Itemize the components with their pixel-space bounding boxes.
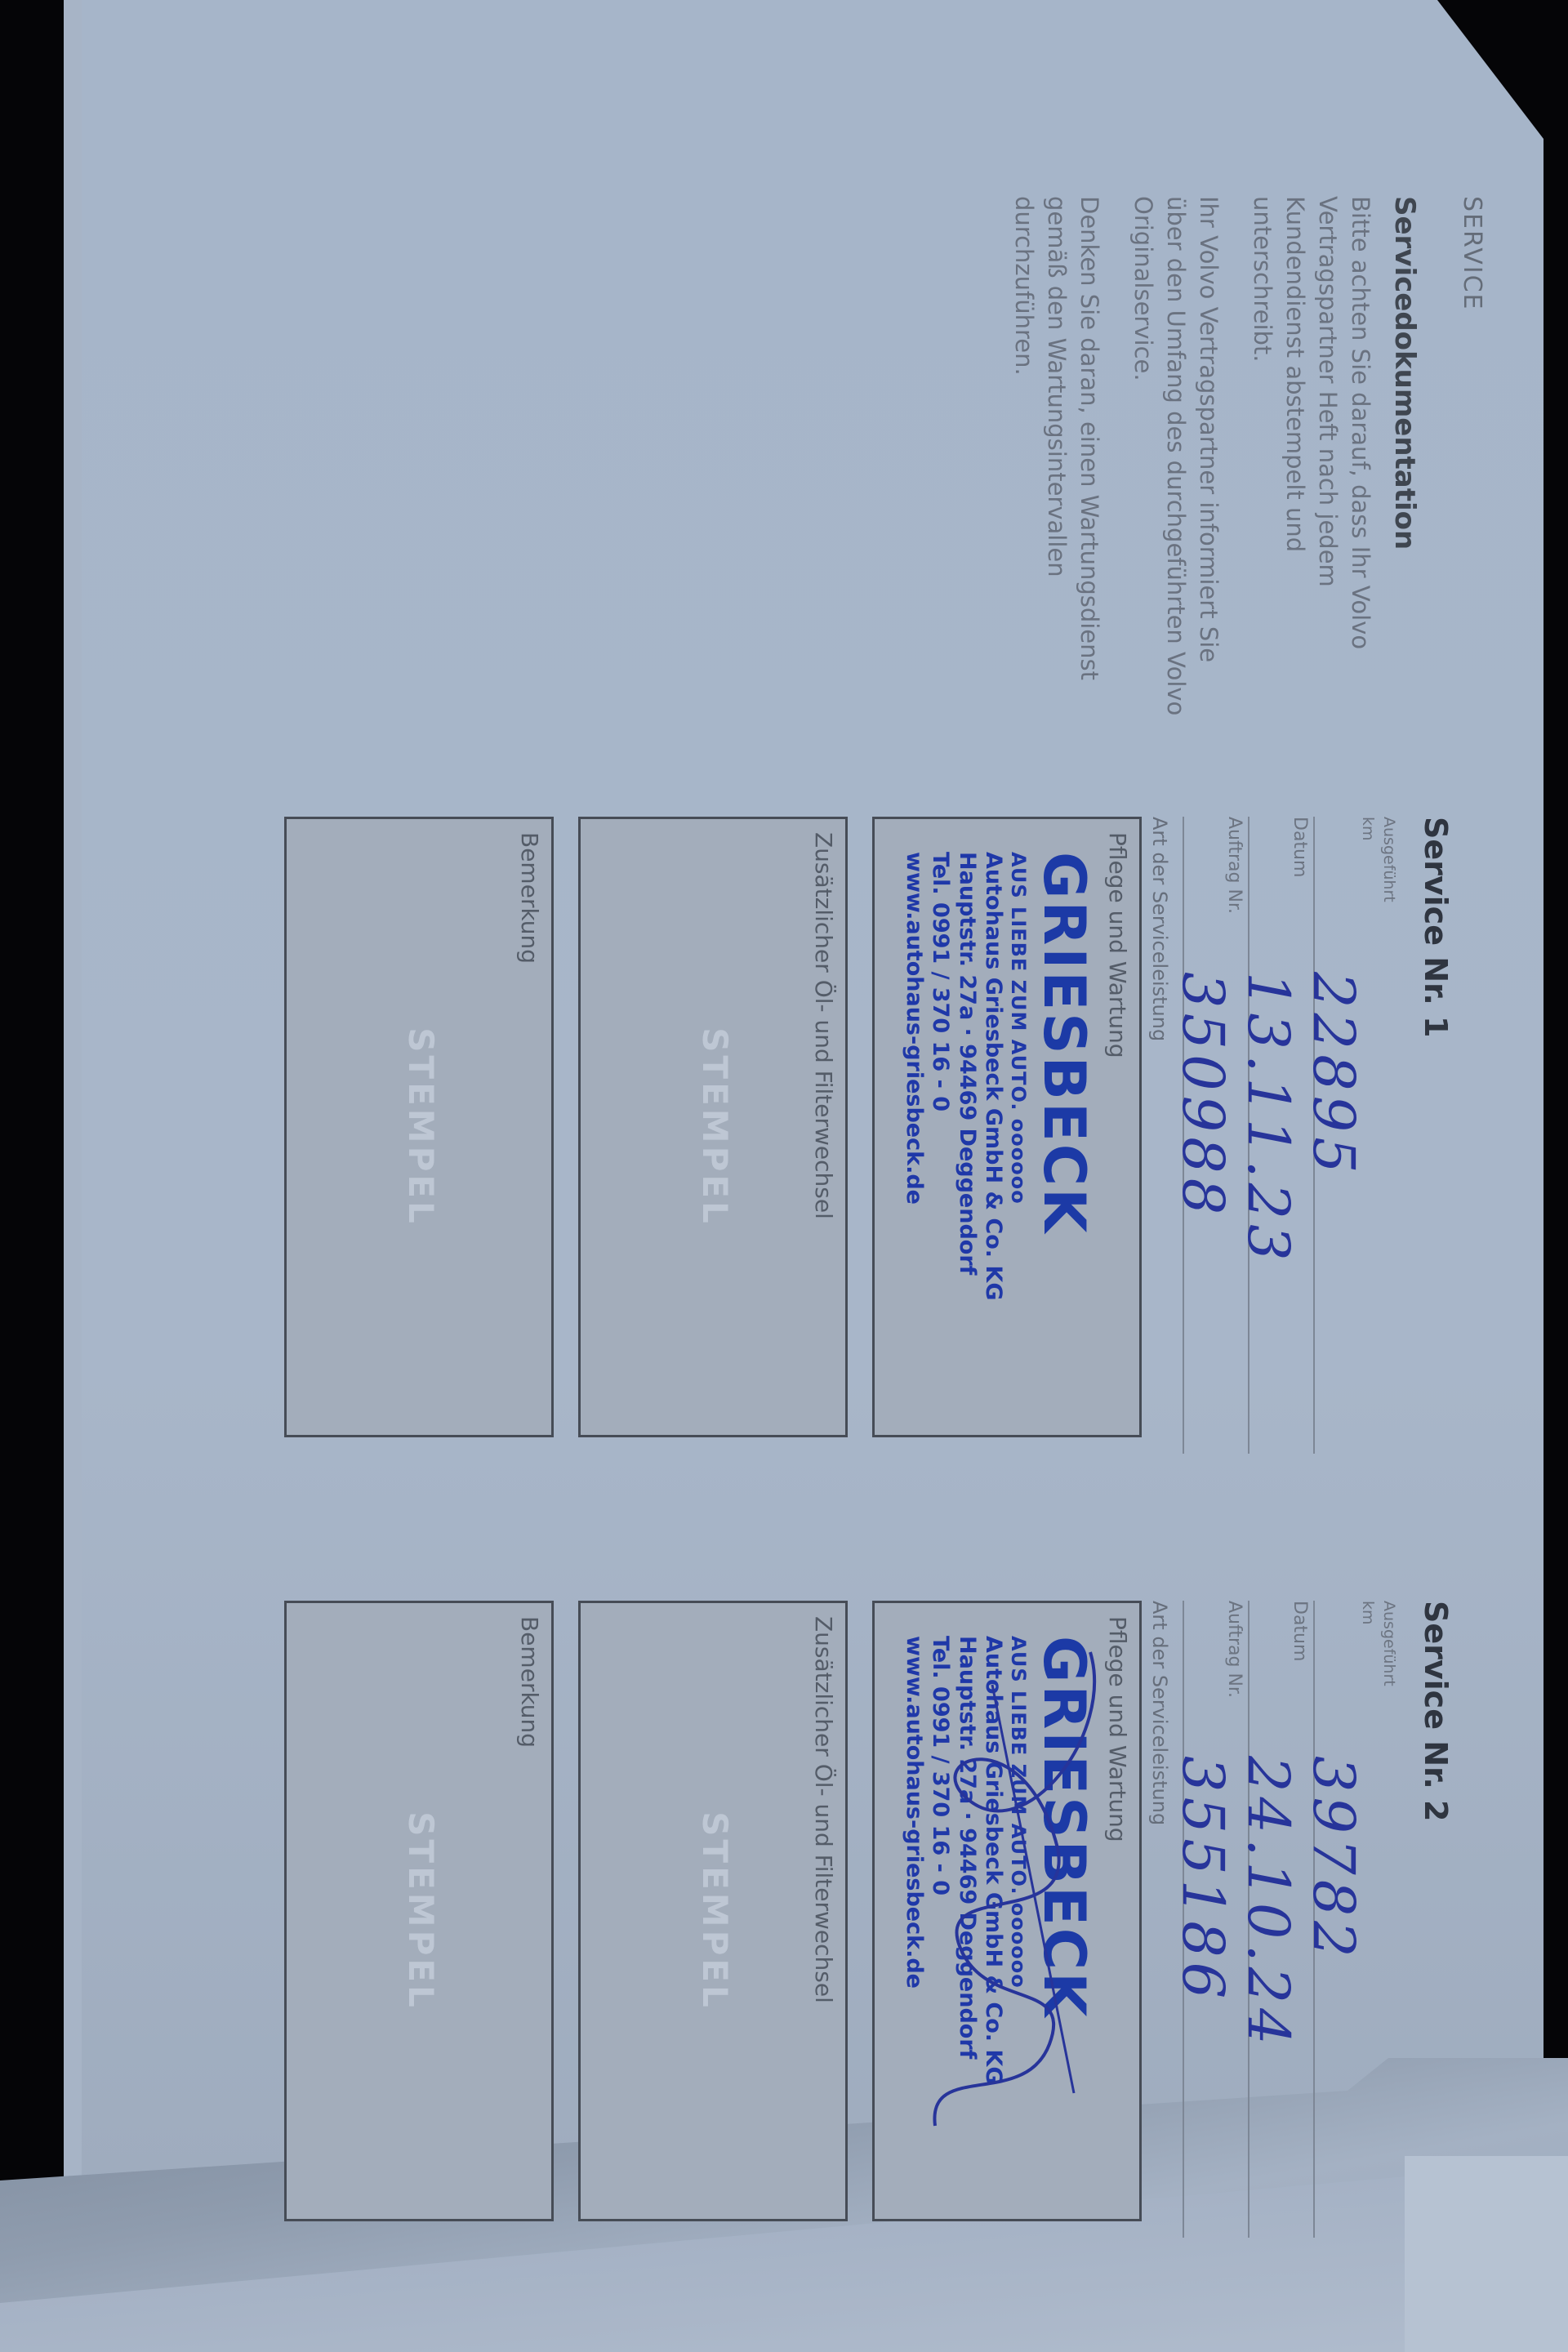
service-entry-2: Service Nr. 2 Ausgeführtkm 39782 Datum 2… [260, 1601, 1454, 2238]
intro-paragraph: Ihr Volvo Vertragspartner informiert Sie… [1127, 196, 1225, 719]
oil-filter-label: Zusätzlicher Öl- und Filterwechsel [810, 832, 837, 1219]
section-label: SERVICE [1458, 196, 1486, 310]
stamp-company: Autohaus Griesbeck GmbH & Co. KG [980, 1636, 1006, 2085]
intro-paragraph: Denken Sie daran, einen Wartungsdienst g… [1008, 196, 1106, 719]
stamp-phone: Tel. 0991 / 370 16 - 0 [927, 852, 953, 1301]
remark-label: Bemerkung [516, 1616, 543, 1748]
service-type-label: Art der Serviceleistung [1148, 1601, 1171, 2238]
care-stamp-box: Pflege und Wartung GRIESBECK AUS LIEBE Z… [872, 817, 1142, 1437]
intro-block: Servicedokumentation Bitte achten Sie da… [987, 196, 1421, 719]
stamp-tagline: AUS LIEBE ZUM AUTO. oooooo [1006, 1636, 1030, 2085]
stamp-company: Autohaus Griesbeck GmbH & Co. KG [980, 852, 1006, 1301]
service-entry-1: Service Nr. 1 Ausgeführtkm 22895 Datum 1… [260, 817, 1454, 1454]
stamp-phone: Tel. 0991 / 370 16 - 0 [927, 1636, 953, 2085]
order-label: Auftrag Nr. [1223, 817, 1245, 914]
service-title: Service Nr. 2 [1418, 1601, 1454, 2238]
stamp-website: www.autohaus-griesbeck.de [901, 852, 927, 1301]
remark-stamp-box: Bemerkung STEMPEL [284, 1601, 554, 2221]
dealer-stamp: GRIESBECK AUS LIEBE ZUM AUTO. oooooo Aut… [901, 852, 1098, 1301]
service-title: Service Nr. 1 [1418, 817, 1454, 1454]
next-page-edge [1405, 2156, 1568, 2352]
stamp-placeholder: STEMPEL [695, 1603, 735, 2219]
km-label: Ausgeführtkm [1357, 1601, 1400, 1686]
order-field[interactable]: Auftrag Nr. 355186 [1183, 1601, 1248, 2238]
km-field[interactable]: Ausgeführtkm 22895 [1313, 817, 1403, 1454]
intro-paragraph: Bitte achten Sie darauf, dass Ihr Volvo … [1246, 196, 1377, 719]
oil-filter-stamp-box: Zusätzlicher Öl- und Filterwechsel STEMP… [578, 817, 848, 1437]
stamp-website: www.autohaus-griesbeck.de [901, 1636, 927, 2085]
date-field[interactable]: Datum 13.11.23 [1248, 817, 1313, 1454]
stamp-address: Hauptstr. 27a · 94469 Deggendorf [953, 852, 979, 1301]
stamp-brand: GRIESBECK [1030, 1636, 1098, 2085]
km-field[interactable]: Ausgeführtkm 39782 [1313, 1601, 1403, 2238]
remark-label: Bemerkung [516, 832, 543, 964]
oil-filter-label: Zusätzlicher Öl- und Filterwechsel [810, 1616, 837, 2003]
care-label: Pflege und Wartung [1104, 1616, 1131, 1842]
stamp-placeholder: STEMPEL [401, 819, 441, 1435]
order-value: 355186 [1169, 1756, 1236, 2003]
date-field[interactable]: Datum 24.10.24 [1248, 1601, 1313, 2238]
stamp-placeholder: STEMPEL [401, 1603, 441, 2219]
service-type-label: Art der Serviceleistung [1148, 817, 1171, 1454]
order-label: Auftrag Nr. [1223, 1601, 1245, 1698]
order-field[interactable]: Auftrag Nr. 350988 [1183, 817, 1248, 1454]
care-label: Pflege und Wartung [1104, 832, 1131, 1058]
care-stamp-box: Pflege und Wartung GRIESBECK AUS LIEBE Z… [872, 1601, 1142, 2221]
stamp-address: Hauptstr. 27a · 94469 Deggendorf [953, 1636, 979, 2085]
service-documentation-page: SERVICE Servicedokumentation Bitte achte… [122, 196, 1511, 2238]
stamp-tagline: AUS LIEBE ZUM AUTO. oooooo [1006, 852, 1030, 1301]
stamp-placeholder: STEMPEL [695, 819, 735, 1435]
date-label: Datum [1289, 817, 1310, 877]
oil-filter-stamp-box: Zusätzlicher Öl- und Filterwechsel STEMP… [578, 1601, 848, 2221]
km-label: Ausgeführtkm [1357, 817, 1400, 902]
dealer-stamp: GRIESBECK AUS LIEBE ZUM AUTO. oooooo Aut… [901, 1636, 1098, 2085]
stamp-brand: GRIESBECK [1030, 852, 1098, 1301]
intro-title: Servicedokumentation [1388, 196, 1421, 719]
date-label: Datum [1289, 1601, 1310, 1661]
remark-stamp-box: Bemerkung STEMPEL [284, 817, 554, 1437]
order-value: 350988 [1169, 972, 1236, 1219]
